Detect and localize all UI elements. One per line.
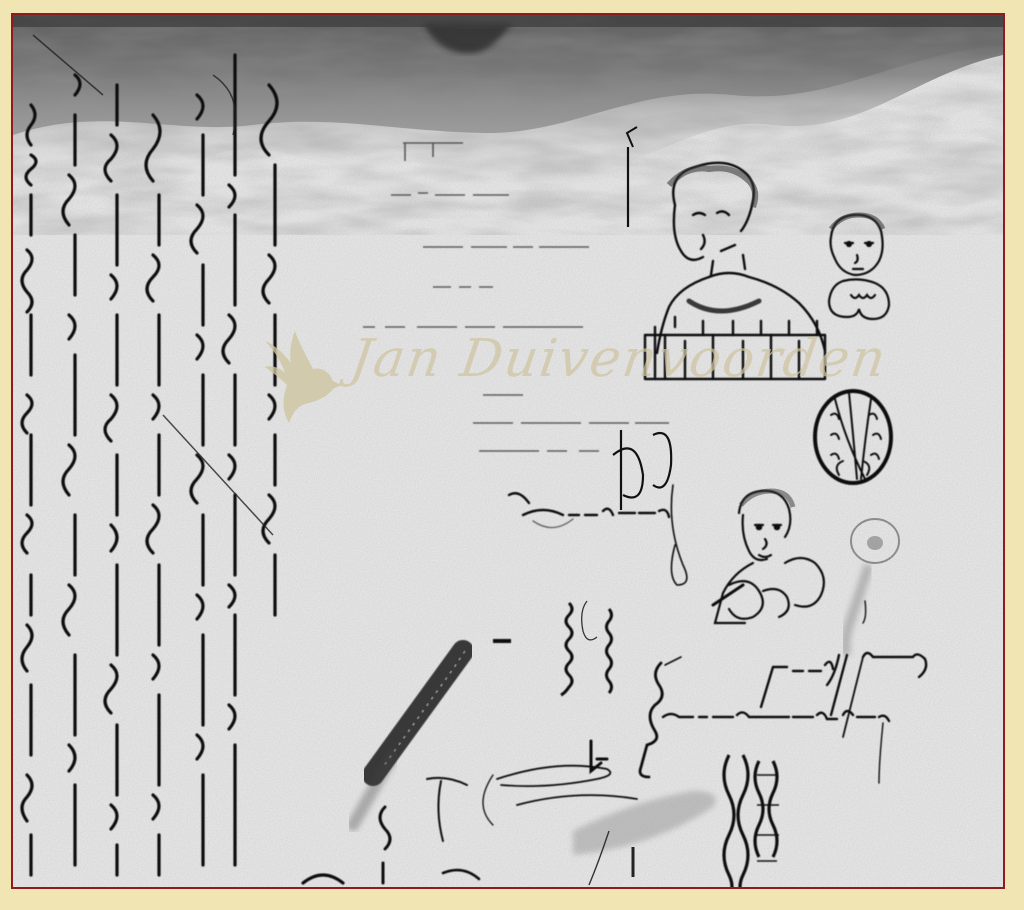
manuscript-drawing <box>13 15 1003 887</box>
manuscript-scan <box>13 15 1003 887</box>
image-frame: Jan Duivenvoorden <box>11 13 1005 889</box>
